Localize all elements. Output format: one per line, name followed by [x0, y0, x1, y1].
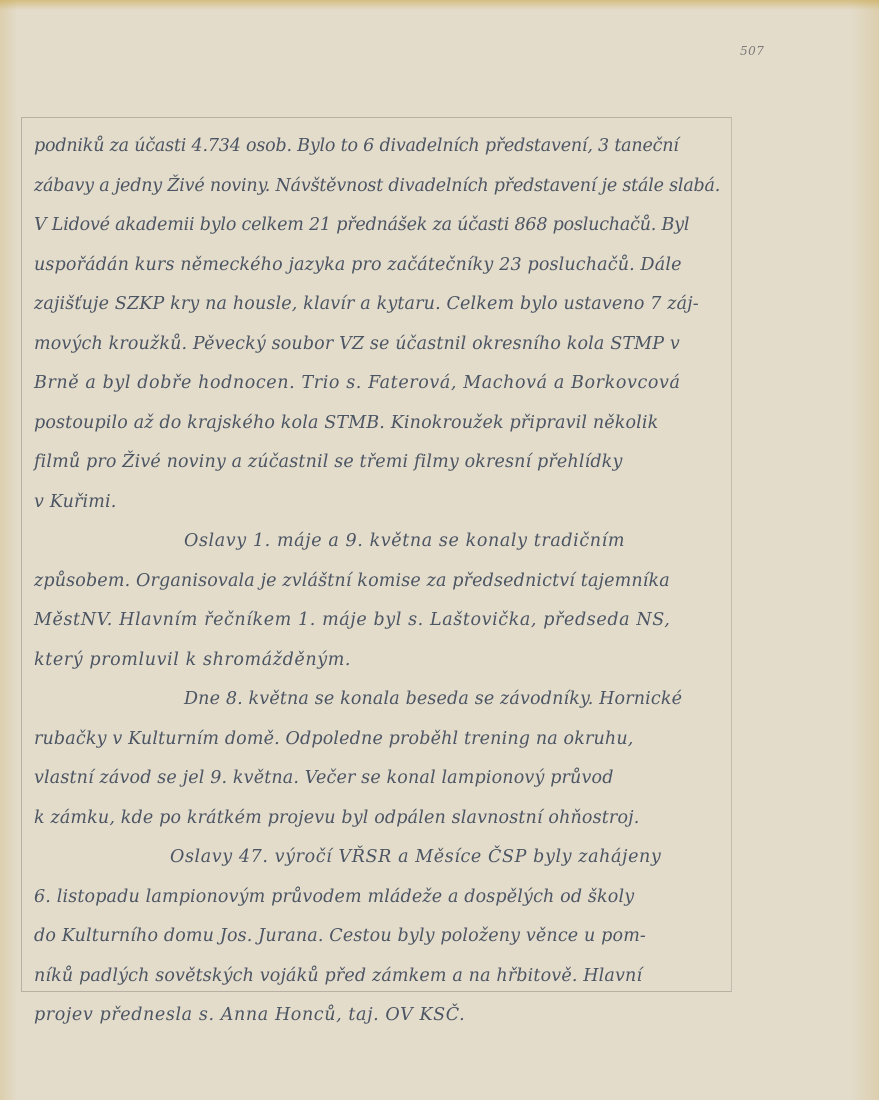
text-line: níků padlých sovětských vojáků před zámk… [34, 957, 734, 997]
text-line: k zámku, kde po krátkém projevu byl odpá… [34, 799, 734, 839]
text-line: rubačky v Kulturním domě. Odpoledne prob… [34, 720, 734, 760]
notebook-page: 507 podniků za účasti 4.734 osob. Bylo t… [0, 0, 879, 1100]
text-line: V Lidové akademii bylo celkem 21 přednáš… [34, 206, 734, 246]
text-line: uspořádán kurs německého jazyka pro začá… [34, 246, 734, 286]
text-line: v Kuřimi. [34, 483, 734, 523]
text-line: do Kulturního domu Jos. Jurana. Cestou b… [34, 917, 734, 957]
paragraph-start-line: Oslavy 47. výročí VŘSR a Měsíce ČSP byly… [34, 838, 734, 878]
text-line: podniků za účasti 4.734 osob. Bylo to 6 … [34, 127, 734, 167]
text-line: MěstNV. Hlavním řečníkem 1. máje byl s. … [34, 601, 734, 641]
text-line: vlastní závod se jel 9. května. Večer se… [34, 759, 734, 799]
page-number: 507 [740, 44, 764, 58]
text-line: 6. listopadu lampionovým průvodem mládež… [34, 878, 734, 918]
paragraph-start-line: Oslavy 1. máje a 9. května se konaly tra… [34, 522, 734, 562]
text-line: způsobem. Organisovala je zvláštní komis… [34, 562, 734, 602]
text-line: Brně a byl dobře hodnocen. Trio s. Fater… [34, 364, 734, 404]
text-line: projev přednesla s. Anna Honců, taj. OV … [34, 996, 734, 1036]
text-line: který promluvil k shromážděným. [34, 641, 734, 681]
text-line: zajišťuje SZKP kry na housle, klavír a k… [34, 285, 734, 325]
text-line: filmů pro Živé noviny a zúčastnil se tře… [34, 443, 734, 483]
handwritten-text-block: podniků za účasti 4.734 osob. Bylo to 6 … [34, 127, 734, 1036]
text-line: zábavy a jedny Živé noviny. Návštěvnost … [34, 167, 734, 207]
paragraph-start-line: Dne 8. května se konala beseda se závodn… [34, 680, 734, 720]
text-line: mových kroužků. Pěvecký soubor VZ se úča… [34, 325, 734, 365]
text-line: postoupilo až do krajského kola STMB. Ki… [34, 404, 734, 444]
